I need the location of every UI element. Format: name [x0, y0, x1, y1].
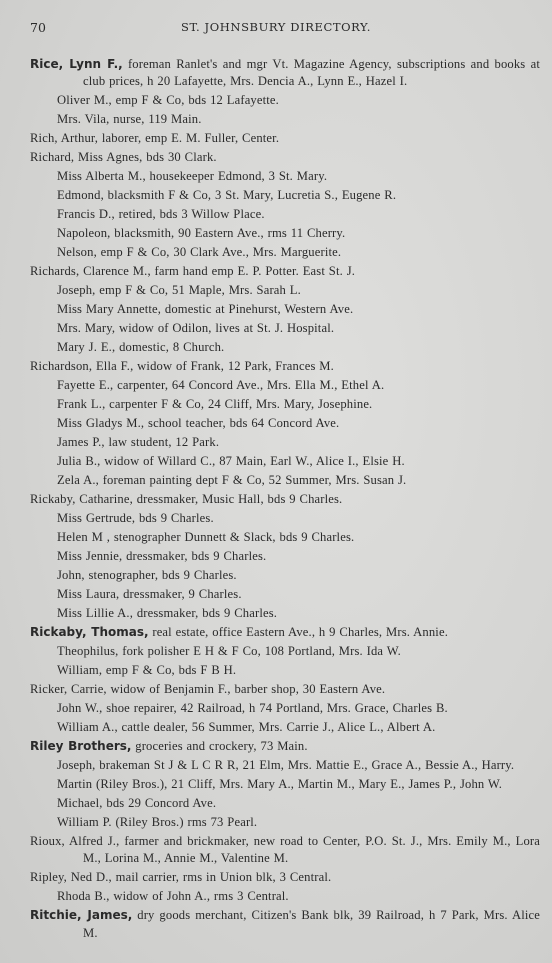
entry-text: Julia B., widow of Willard C., 87 Main, … [57, 454, 405, 468]
directory-entry: Riley Brothers, groceries and crockery, … [30, 738, 540, 755]
directory-sub-entry: Miss Lillie A., dressmaker, bds 9 Charle… [57, 605, 540, 622]
directory-sub-entry: Nelson, emp F & Co, 30 Clark Ave., Mrs. … [57, 244, 540, 261]
entry-text: Mrs. Mary, widow of Odilon, lives at St.… [57, 321, 334, 335]
directory-sub-entry: Miss Gladys M., school teacher, bds 64 C… [57, 415, 540, 432]
entry-text: Edmond, blacksmith F & Co, 3 St. Mary, L… [57, 188, 396, 202]
directory-sub-entry: Helen M , stenographer Dunnett & Slack, … [57, 529, 540, 546]
directory-sub-entry: Miss Jennie, dressmaker, bds 9 Charles. [57, 548, 540, 565]
directory-sub-entry: Miss Alberta M., housekeeper Edmond, 3 S… [57, 168, 540, 185]
directory-sub-entry: Miss Mary Annette, domestic at Pinehurst… [57, 301, 540, 318]
entry-text: real estate, office Eastern Ave., h 9 Ch… [149, 625, 448, 639]
directory-sub-entry: Fayette E., carpenter, 64 Concord Ave., … [57, 377, 540, 394]
directory-sub-entry: Julia B., widow of Willard C., 87 Main, … [57, 453, 540, 470]
entry-text: Martin (Riley Bros.), 21 Cliff, Mrs. Mar… [57, 777, 502, 791]
directory-sub-entry: John, stenographer, bds 9 Charles. [57, 567, 540, 584]
directory-sub-entry: William, emp F & Co, bds F B H. [57, 662, 540, 679]
entry-bold-name: Ritchie, James, [30, 908, 132, 922]
directory-entry: Rioux, Alfred J., farmer and brickmaker,… [30, 833, 540, 867]
entry-text: Rioux, Alfred J., farmer and brickmaker,… [30, 834, 540, 865]
directory-page: 70 ST. JOHNSBURY DIRECTORY. Rice, Lynn F… [0, 0, 552, 963]
entry-text: Richard, Miss Agnes, bds 30 Clark. [30, 150, 217, 164]
directory-entry: Rickaby, Thomas, real estate, office Eas… [30, 624, 540, 641]
directory-sub-entry: Francis D., retired, bds 3 Willow Place. [57, 206, 540, 223]
entry-text: John W., shoe repairer, 42 Railroad, h 7… [57, 701, 448, 715]
entry-text: William, emp F & Co, bds F B H. [57, 663, 236, 677]
directory-sub-entry: Frank L., carpenter F & Co, 24 Cliff, Mr… [57, 396, 540, 413]
directory-sub-entry: Miss Laura, dressmaker, 9 Charles. [57, 586, 540, 603]
directory-sub-entry: James P., law student, 12 Park. [57, 434, 540, 451]
entry-text: Ricker, Carrie, widow of Benjamin F., ba… [30, 682, 385, 696]
directory-entry: Rice, Lynn F., foreman Ranlet's and mgr … [30, 56, 540, 90]
directory-entry: Richard, Miss Agnes, bds 30 Clark. [30, 149, 540, 166]
directory-sub-entry: Theophilus, fork polisher E H & F Co, 10… [57, 643, 540, 660]
directory-sub-entry: Zela A., foreman painting dept F & Co, 5… [57, 472, 540, 489]
entry-text: Joseph, emp F & Co, 51 Maple, Mrs. Sarah… [57, 283, 301, 297]
entry-text: Miss Alberta M., housekeeper Edmond, 3 S… [57, 169, 327, 183]
entry-text: William A., cattle dealer, 56 Summer, Mr… [57, 720, 435, 734]
entry-text: John, stenographer, bds 9 Charles. [57, 568, 237, 582]
entry-text: Michael, bds 29 Concord Ave. [57, 796, 216, 810]
directory-sub-entry: Oliver M., emp F & Co, bds 12 Lafayette. [57, 92, 540, 109]
directory-entry: Richardson, Ella F., widow of Frank, 12 … [30, 358, 540, 375]
entry-text: Napoleon, blacksmith, 90 Eastern Ave., r… [57, 226, 345, 240]
entry-text: Rich, Arthur, laborer, emp E. M. Fuller,… [30, 131, 279, 145]
directory-entry: Rich, Arthur, laborer, emp E. M. Fuller,… [30, 130, 540, 147]
directory-sub-entry: Mrs. Mary, widow of Odilon, lives at St.… [57, 320, 540, 337]
entry-text: Miss Mary Annette, domestic at Pinehurst… [57, 302, 353, 316]
directory-entry: Rickaby, Catharine, dressmaker, Music Ha… [30, 491, 540, 508]
entry-text: foreman Ranlet's and mgr Vt. Magazine Ag… [83, 57, 540, 88]
entry-text: dry goods merchant, Citizen's Bank blk, … [83, 908, 540, 939]
entry-bold-name: Riley Brothers, [30, 739, 131, 753]
directory-sub-entry: William P. (Riley Bros.) rms 73 Pearl. [57, 814, 540, 831]
entry-text: Fayette E., carpenter, 64 Concord Ave., … [57, 378, 384, 392]
directory-sub-entry: Miss Gertrude, bds 9 Charles. [57, 510, 540, 527]
running-title: ST. JOHNSBURY DIRECTORY. [30, 20, 522, 34]
directory-entry: Richards, Clarence M., farm hand emp E. … [30, 263, 540, 280]
directory-sub-entry: William A., cattle dealer, 56 Summer, Mr… [57, 719, 540, 736]
directory-entry: Ritchie, James, dry goods merchant, Citi… [30, 907, 540, 941]
directory-sub-entry: Mary J. E., domestic, 8 Church. [57, 339, 540, 356]
entry-text: Richards, Clarence M., farm hand emp E. … [30, 264, 355, 278]
entry-text: Mary J. E., domestic, 8 Church. [57, 340, 224, 354]
directory-sub-entry: Michael, bds 29 Concord Ave. [57, 795, 540, 812]
entry-text: Frank L., carpenter F & Co, 24 Cliff, Mr… [57, 397, 372, 411]
directory-sub-entry: Edmond, blacksmith F & Co, 3 St. Mary, L… [57, 187, 540, 204]
entry-text: Francis D., retired, bds 3 Willow Place. [57, 207, 265, 221]
entry-text: Oliver M., emp F & Co, bds 12 Lafayette. [57, 93, 279, 107]
directory-sub-entry: Mrs. Vila, nurse, 119 Main. [57, 111, 540, 128]
entry-bold-name: Rickaby, Thomas, [30, 625, 149, 639]
entry-text: Miss Gertrude, bds 9 Charles. [57, 511, 214, 525]
entry-text: Rhoda B., widow of John A., rms 3 Centra… [57, 889, 289, 903]
directory-sub-entry: Martin (Riley Bros.), 21 Cliff, Mrs. Mar… [57, 776, 540, 793]
entry-text: Miss Laura, dressmaker, 9 Charles. [57, 587, 242, 601]
entry-text: Mrs. Vila, nurse, 119 Main. [57, 112, 202, 126]
entry-text: Richardson, Ella F., widow of Frank, 12 … [30, 359, 334, 373]
entry-text: groceries and crockery, 73 Main. [131, 739, 307, 753]
entry-text: Theophilus, fork polisher E H & F Co, 10… [57, 644, 401, 658]
entry-text: Rickaby, Catharine, dressmaker, Music Ha… [30, 492, 342, 506]
directory-entry: Ricker, Carrie, widow of Benjamin F., ba… [30, 681, 540, 698]
entry-text: William P. (Riley Bros.) rms 73 Pearl. [57, 815, 257, 829]
entry-text: Miss Gladys M., school teacher, bds 64 C… [57, 416, 339, 430]
directory-entry: Ripley, Ned D., mail carrier, rms in Uni… [30, 869, 540, 886]
entry-text: James P., law student, 12 Park. [57, 435, 219, 449]
entry-text: Helen M , stenographer Dunnett & Slack, … [57, 530, 354, 544]
directory-sub-entry: Joseph, emp F & Co, 51 Maple, Mrs. Sarah… [57, 282, 540, 299]
directory-sub-entry: Rhoda B., widow of John A., rms 3 Centra… [57, 888, 540, 905]
directory-sub-entry: Napoleon, blacksmith, 90 Eastern Ave., r… [57, 225, 540, 242]
entry-text: Miss Lillie A., dressmaker, bds 9 Charle… [57, 606, 277, 620]
directory-sub-entry: Joseph, brakeman St J & L C R R, 21 Elm,… [57, 757, 540, 774]
entry-text: Joseph, brakeman St J & L C R R, 21 Elm,… [57, 758, 514, 772]
directory-entries: Rice, Lynn F., foreman Ranlet's and mgr … [30, 56, 540, 944]
entry-text: Miss Jennie, dressmaker, bds 9 Charles. [57, 549, 266, 563]
entry-text: Nelson, emp F & Co, 30 Clark Ave., Mrs. … [57, 245, 341, 259]
directory-sub-entry: John W., shoe repairer, 42 Railroad, h 7… [57, 700, 540, 717]
entry-text: Zela A., foreman painting dept F & Co, 5… [57, 473, 406, 487]
page-header: 70 ST. JOHNSBURY DIRECTORY. [30, 20, 522, 40]
entry-text: Ripley, Ned D., mail carrier, rms in Uni… [30, 870, 331, 884]
entry-bold-name: Rice, Lynn F., [30, 57, 123, 71]
